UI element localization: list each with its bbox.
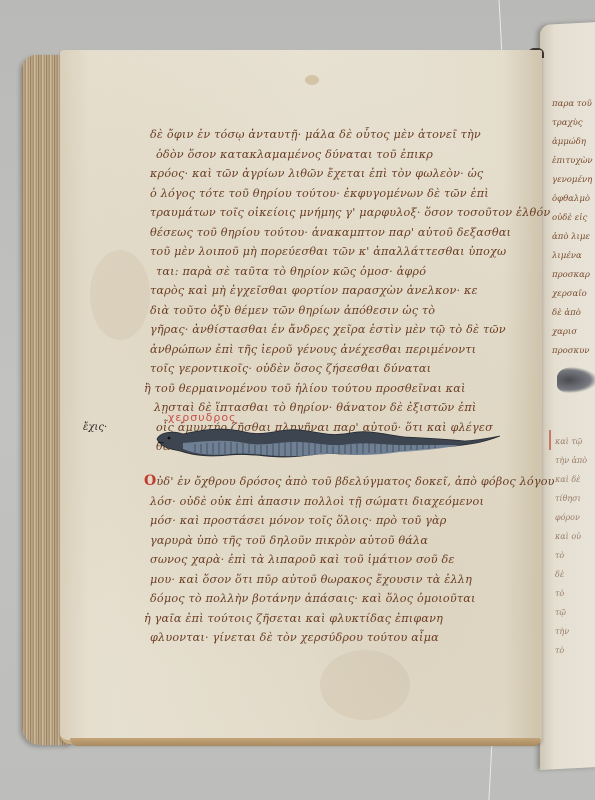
facing-text-line: καὶ οὐ	[555, 527, 587, 546]
parchment-stain	[305, 75, 319, 85]
text-line: ται: παρὰ σὲ ταῦτα τὸ θηρίον κῶς ὁμοσ· ἀ…	[150, 262, 520, 282]
facing-text-line: λιμένα	[552, 247, 593, 266]
text-line: μου· καὶ ὅσον ὅτι πῦρ αὐτοῦ θωρακος ἔχου…	[150, 570, 520, 590]
text-line-content: ὐδ' ἐν ὄχθρου δρόσος ἀπὸ τοῦ βδελύγματος…	[156, 475, 554, 488]
text-line: ἡ γαῖα ἐπὶ τούτοις ζῆσεται καὶ φλυκτίδας…	[144, 609, 520, 629]
text-line: κρόος· καὶ τῶν ἀγρίων λιθῶν ἔχεται ἐπὶ τ…	[150, 164, 520, 184]
margin-annotation: ἔχις·	[83, 422, 107, 433]
facing-text-line: τίθησι	[555, 489, 587, 508]
facing-text-line: δὲ	[555, 565, 587, 584]
text-line: τραυμάτων τοῖς οἰκείοις μνήμης γ' μαρφυλ…	[150, 203, 520, 223]
page-bottom-edge	[70, 738, 540, 746]
facing-text-line: τὸ	[555, 584, 587, 603]
facing-text-line: τραχὺς	[552, 114, 593, 133]
text-line: λόσ· οὐδὲ οὐκ ἐπὶ ἀπασιν πολλοὶ τῇ σώματ…	[150, 492, 520, 512]
text-line: μόσ· καὶ προστάσει μόνον τοῖς ὅλοις· πρὸ…	[150, 511, 520, 531]
facing-text-line: ἀμμώδη	[552, 133, 593, 152]
text-line: ὁδὸν ὅσον κατακλαμαμένος δύναται τοῦ ἐπι…	[150, 145, 520, 165]
facing-text-line: χερσαῖο	[552, 285, 593, 304]
facing-text-line: χαρισ	[552, 323, 593, 342]
main-text-lower: Οὐδ' ἐν ὄχθρου δρόσος ἀπὸ τοῦ βδελύγματο…	[150, 472, 520, 648]
facing-text-line: δὲ ἀπὸ	[552, 304, 593, 323]
facing-page-red-initial	[549, 430, 551, 450]
rubric-label: χερσυδρος	[168, 411, 237, 424]
facing-text-line: ὀφθαλμὸ	[552, 190, 593, 209]
text-line: δὲ ὄφιν ἐν τόσῳ ἀνταυτῇ· μάλα δὲ οὗτος μ…	[150, 125, 520, 145]
main-text-upper: δὲ ὄφιν ἐν τόσῳ ἀνταυτῇ· μάλα δὲ οὗτος μ…	[150, 125, 520, 457]
text-line: γῆρας· ἀνθίστασθαι ἐν ἄνδρες χεῖρα ἐστὶν…	[150, 320, 520, 340]
text-line: σωνος χαρὰ· ἐπὶ τὰ λιπαροῦ καὶ τοῦ ἱμάτι…	[150, 550, 520, 570]
text-line: ἀνθρώπων ἐπὶ τῆς ἱεροῦ γένους ἀνέχεσθαι …	[150, 340, 520, 360]
facing-text-line: ἐπιτυχὼν	[552, 152, 593, 171]
facing-text-line: γενομένη	[552, 171, 593, 190]
facing-text-line: τὴν	[555, 622, 587, 641]
facing-page-serpent-illustration	[557, 367, 595, 393]
text-line: φλυονται· γίνεται δὲ τὸν χερσύδρου τούτο…	[150, 628, 520, 648]
text-line: Οὐδ' ἐν ὄχθρου δρόσος ἀπὸ τοῦ βδελύγματο…	[144, 472, 520, 492]
text-line: γαρυρὰ ὑπὸ τῆς τοῦ δηλοῦν πικρὸν αὐτοῦ θ…	[150, 531, 520, 551]
text-line: διὰ τοῦτο ὀξὺ θέμεν τῶν θηρίων ἀπόθεσιν …	[150, 301, 520, 321]
decorated-initial: Ο	[144, 473, 156, 489]
serpent-illustration	[155, 425, 500, 465]
facing-page-text-lower: καὶ τῷ τὴν ἀπὸ καὶ δὲ τίθησι φόρον καὶ ο…	[555, 432, 587, 660]
text-line: τοῦ μὲν λοιποῦ μὴ πορεύεσθαι τῶν κ' ἀπαλ…	[150, 242, 520, 262]
parchment-stain	[320, 650, 410, 720]
facing-text-line: προσκαρ	[552, 266, 593, 285]
facing-text-line: τὸ	[555, 641, 587, 660]
facing-text-line: προσκυν	[552, 342, 593, 361]
facing-text-line: τῷ	[555, 603, 587, 622]
facing-text-line: ἀπὸ λιμε	[552, 228, 593, 247]
bookmark-thread-bottom	[488, 740, 492, 800]
facing-text-line: τὴν ἀπὸ	[555, 451, 587, 470]
facing-text-line: παρα τοῦ	[552, 95, 593, 114]
parchment-stain	[90, 250, 150, 340]
text-line: θέσεως τοῦ θηρίου τούτου· ἀνακαμπτον παρ…	[150, 223, 520, 243]
text-line: δόμος τὸ πολλὴν βοτάνην ἀπάσαις· καὶ ὅλο…	[150, 589, 520, 609]
facing-text-line: φόρον	[555, 508, 587, 527]
text-line: ταρὸς καὶ μὴ ἐγχεῖσθαι φορτίον παρασχὼν …	[150, 281, 520, 301]
text-line: ὁ λόγος τότε τοῦ θηρίου τούτου· ἐκφυγομέ…	[150, 184, 520, 204]
facing-text-line: καὶ δὲ	[555, 470, 587, 489]
facing-page-text-upper: παρα τοῦ τραχὺς ἀμμώδη ἐπιτυχὼν γενομένη…	[552, 95, 593, 361]
text-line: ἢ τοῦ θερμαινομένου τοῦ ἡλίου τούτου προ…	[144, 379, 520, 399]
bookmark-thread-top	[499, 0, 503, 55]
text-line: τοῖς γεροντικοῖς· οὐδὲν ὅσος ζήσεσθαι δύ…	[150, 359, 520, 379]
facing-text-line: τὸ	[555, 546, 587, 565]
facing-text-line: καὶ τῷ	[555, 432, 587, 451]
facing-text-line: οὐδὲ εἰς	[552, 209, 593, 228]
